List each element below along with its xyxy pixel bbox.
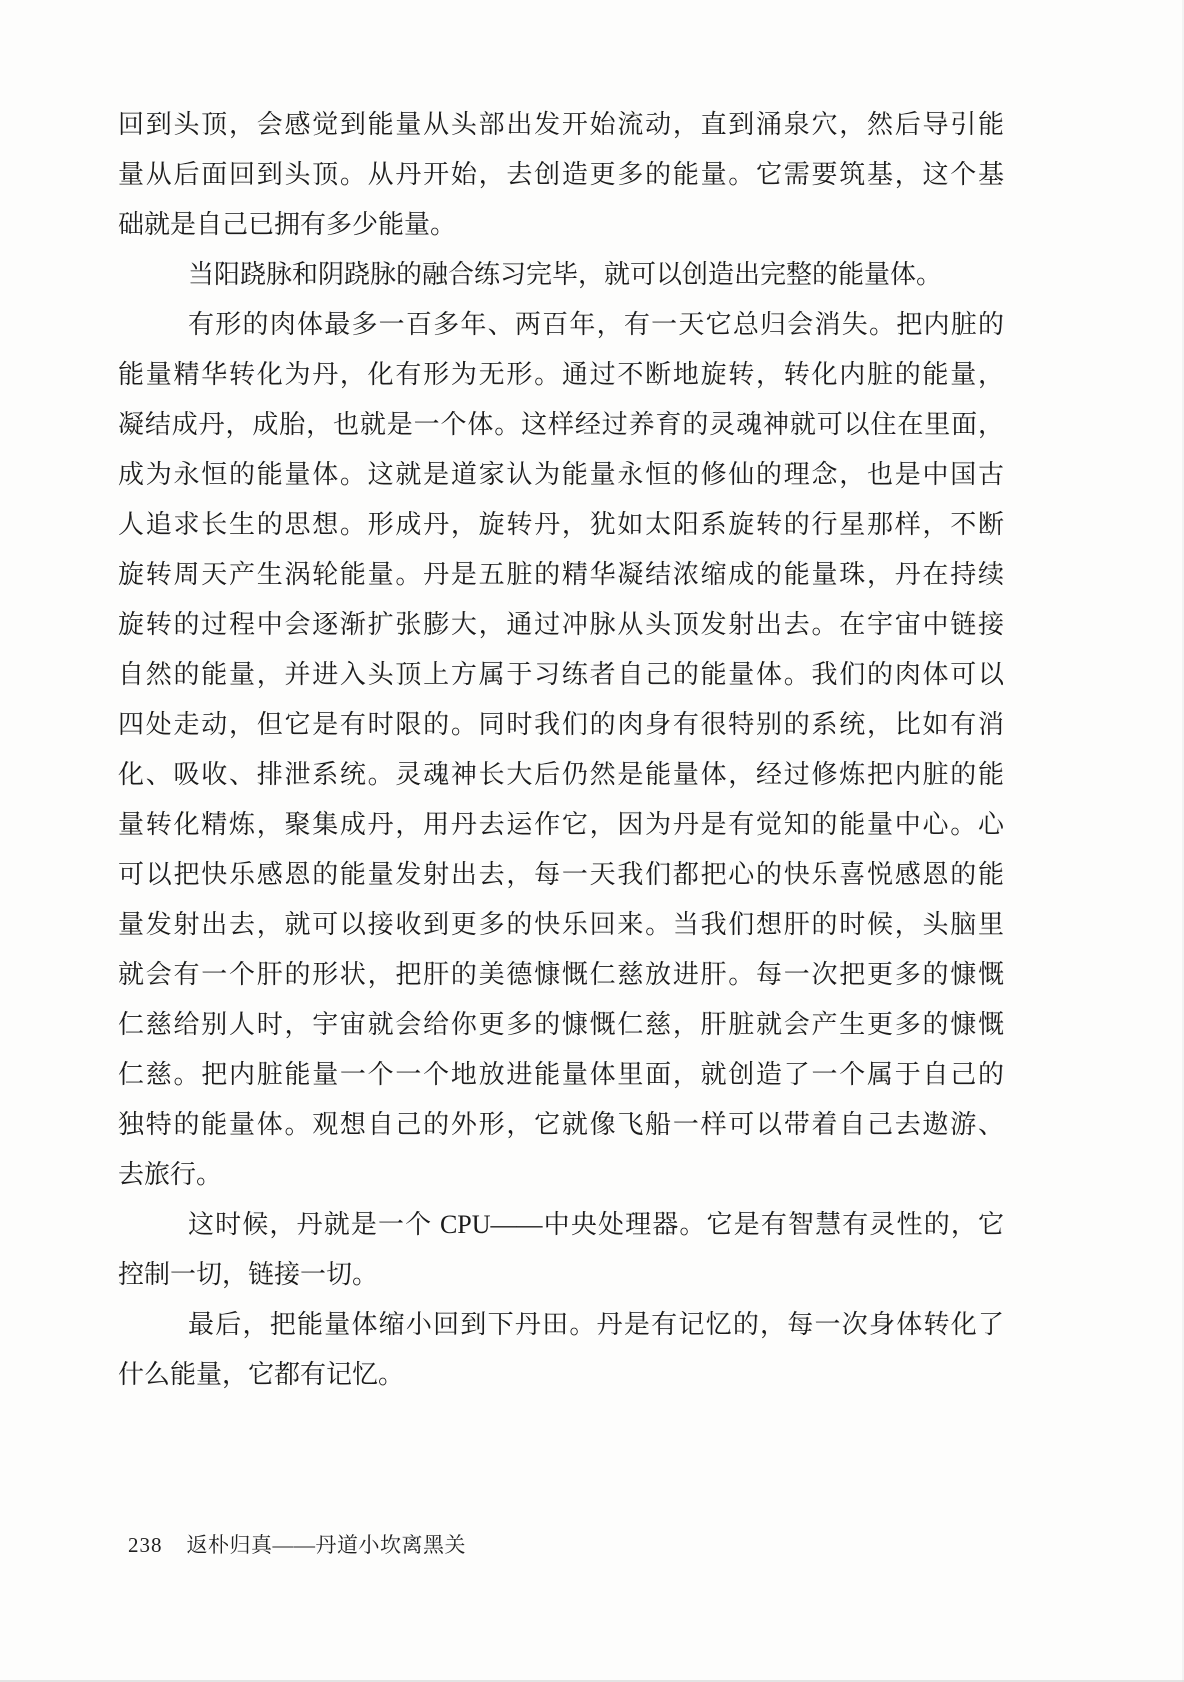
text-line: 量转化精炼，聚集成丹，用丹去运作它，因为丹是有觉知的能量中心。心 bbox=[118, 800, 1004, 850]
page-number: 238 bbox=[128, 1530, 163, 1560]
text-line: 凝结成丹，成胎，也就是一个体。这样经过养育的灵魂神就可以住在里面， bbox=[118, 400, 1004, 450]
text-line: 四处走动，但它是有时限的。同时我们的肉身有很特别的系统，比如有消 bbox=[118, 700, 1004, 750]
text-line: 成为永恒的能量体。这就是道家认为能量永恒的修仙的理念，也是中国古 bbox=[118, 450, 1004, 500]
text-line: 回到头顶，会感觉到能量从头部出发开始流动，直到涌泉穴，然后导引能 bbox=[118, 100, 1004, 150]
book-page: 回到头顶，会感觉到能量从头部出发开始流动，直到涌泉穴，然后导引能量从后面回到头顶… bbox=[0, 0, 1184, 1682]
text-line: 人追求长生的思想。形成丹，旋转丹，犹如太阳系旋转的行星那样，不断 bbox=[118, 500, 1004, 550]
text-line: 当阳跷脉和阴跷脉的融合练习完毕，就可以创造出完整的能量体。 bbox=[118, 250, 1004, 300]
text-line: 础就是自己已拥有多少能量。 bbox=[118, 200, 1004, 250]
text-line: 量发射出去，就可以接收到更多的快乐回来。当我们想肝的时候，头脑里 bbox=[118, 900, 1004, 950]
page-body-text: 回到头顶，会感觉到能量从头部出发开始流动，直到涌泉穴，然后导引能量从后面回到头顶… bbox=[118, 100, 1004, 1400]
text-line: 自然的能量，并进入头顶上方属于习练者自己的能量体。我们的肉体可以 bbox=[118, 650, 1004, 700]
text-line: 最后，把能量体缩小回到下丹田。丹是有记忆的，每一次身体转化了 bbox=[118, 1300, 1004, 1350]
text-line: 旋转周天产生涡轮能量。丹是五脏的精华凝结浓缩成的能量珠，丹在持续 bbox=[118, 550, 1004, 600]
page-footer: 238 返朴归真——丹道小坎离黑关 bbox=[128, 1530, 466, 1560]
text-line: 旋转的过程中会逐渐扩张膨大，通过冲脉从头顶发射出去。在宇宙中链接 bbox=[118, 600, 1004, 650]
text-line: 去旅行。 bbox=[118, 1150, 1004, 1200]
text-line: 什么能量，它都有记忆。 bbox=[118, 1350, 1004, 1400]
text-line: 仁慈。把内脏能量一个一个地放进能量体里面，就创造了一个属于自己的 bbox=[118, 1050, 1004, 1100]
text-line: 量从后面回到头顶。从丹开始，去创造更多的能量。它需要筑基，这个基 bbox=[118, 150, 1004, 200]
text-line: 就会有一个肝的形状，把肝的美德慷慨仁慈放进肝。每一次把更多的慷慨 bbox=[118, 950, 1004, 1000]
text-line: 独特的能量体。观想自己的外形，它就像飞船一样可以带着自己去遨游、 bbox=[118, 1100, 1004, 1150]
text-line: 这时候，丹就是一个 CPU——中央处理器。它是有智慧有灵性的，它 bbox=[118, 1200, 1004, 1250]
text-line: 可以把快乐感恩的能量发射出去，每一天我们都把心的快乐喜悦感恩的能 bbox=[118, 850, 1004, 900]
footer-book-title: 返朴归真——丹道小坎离黑关 bbox=[187, 1530, 467, 1560]
text-line: 化、吸收、排泄系统。灵魂神长大后仍然是能量体，经过修炼把内脏的能 bbox=[118, 750, 1004, 800]
text-line: 能量精华转化为丹，化有形为无形。通过不断地旋转，转化内脏的能量， bbox=[118, 350, 1004, 400]
text-line: 控制一切，链接一切。 bbox=[118, 1250, 1004, 1300]
text-line: 有形的肉体最多一百多年、两百年，有一天它总归会消失。把内脏的 bbox=[118, 300, 1004, 350]
text-line: 仁慈给别人时，宇宙就会给你更多的慷慨仁慈，肝脏就会产生更多的慷慨 bbox=[118, 1000, 1004, 1050]
